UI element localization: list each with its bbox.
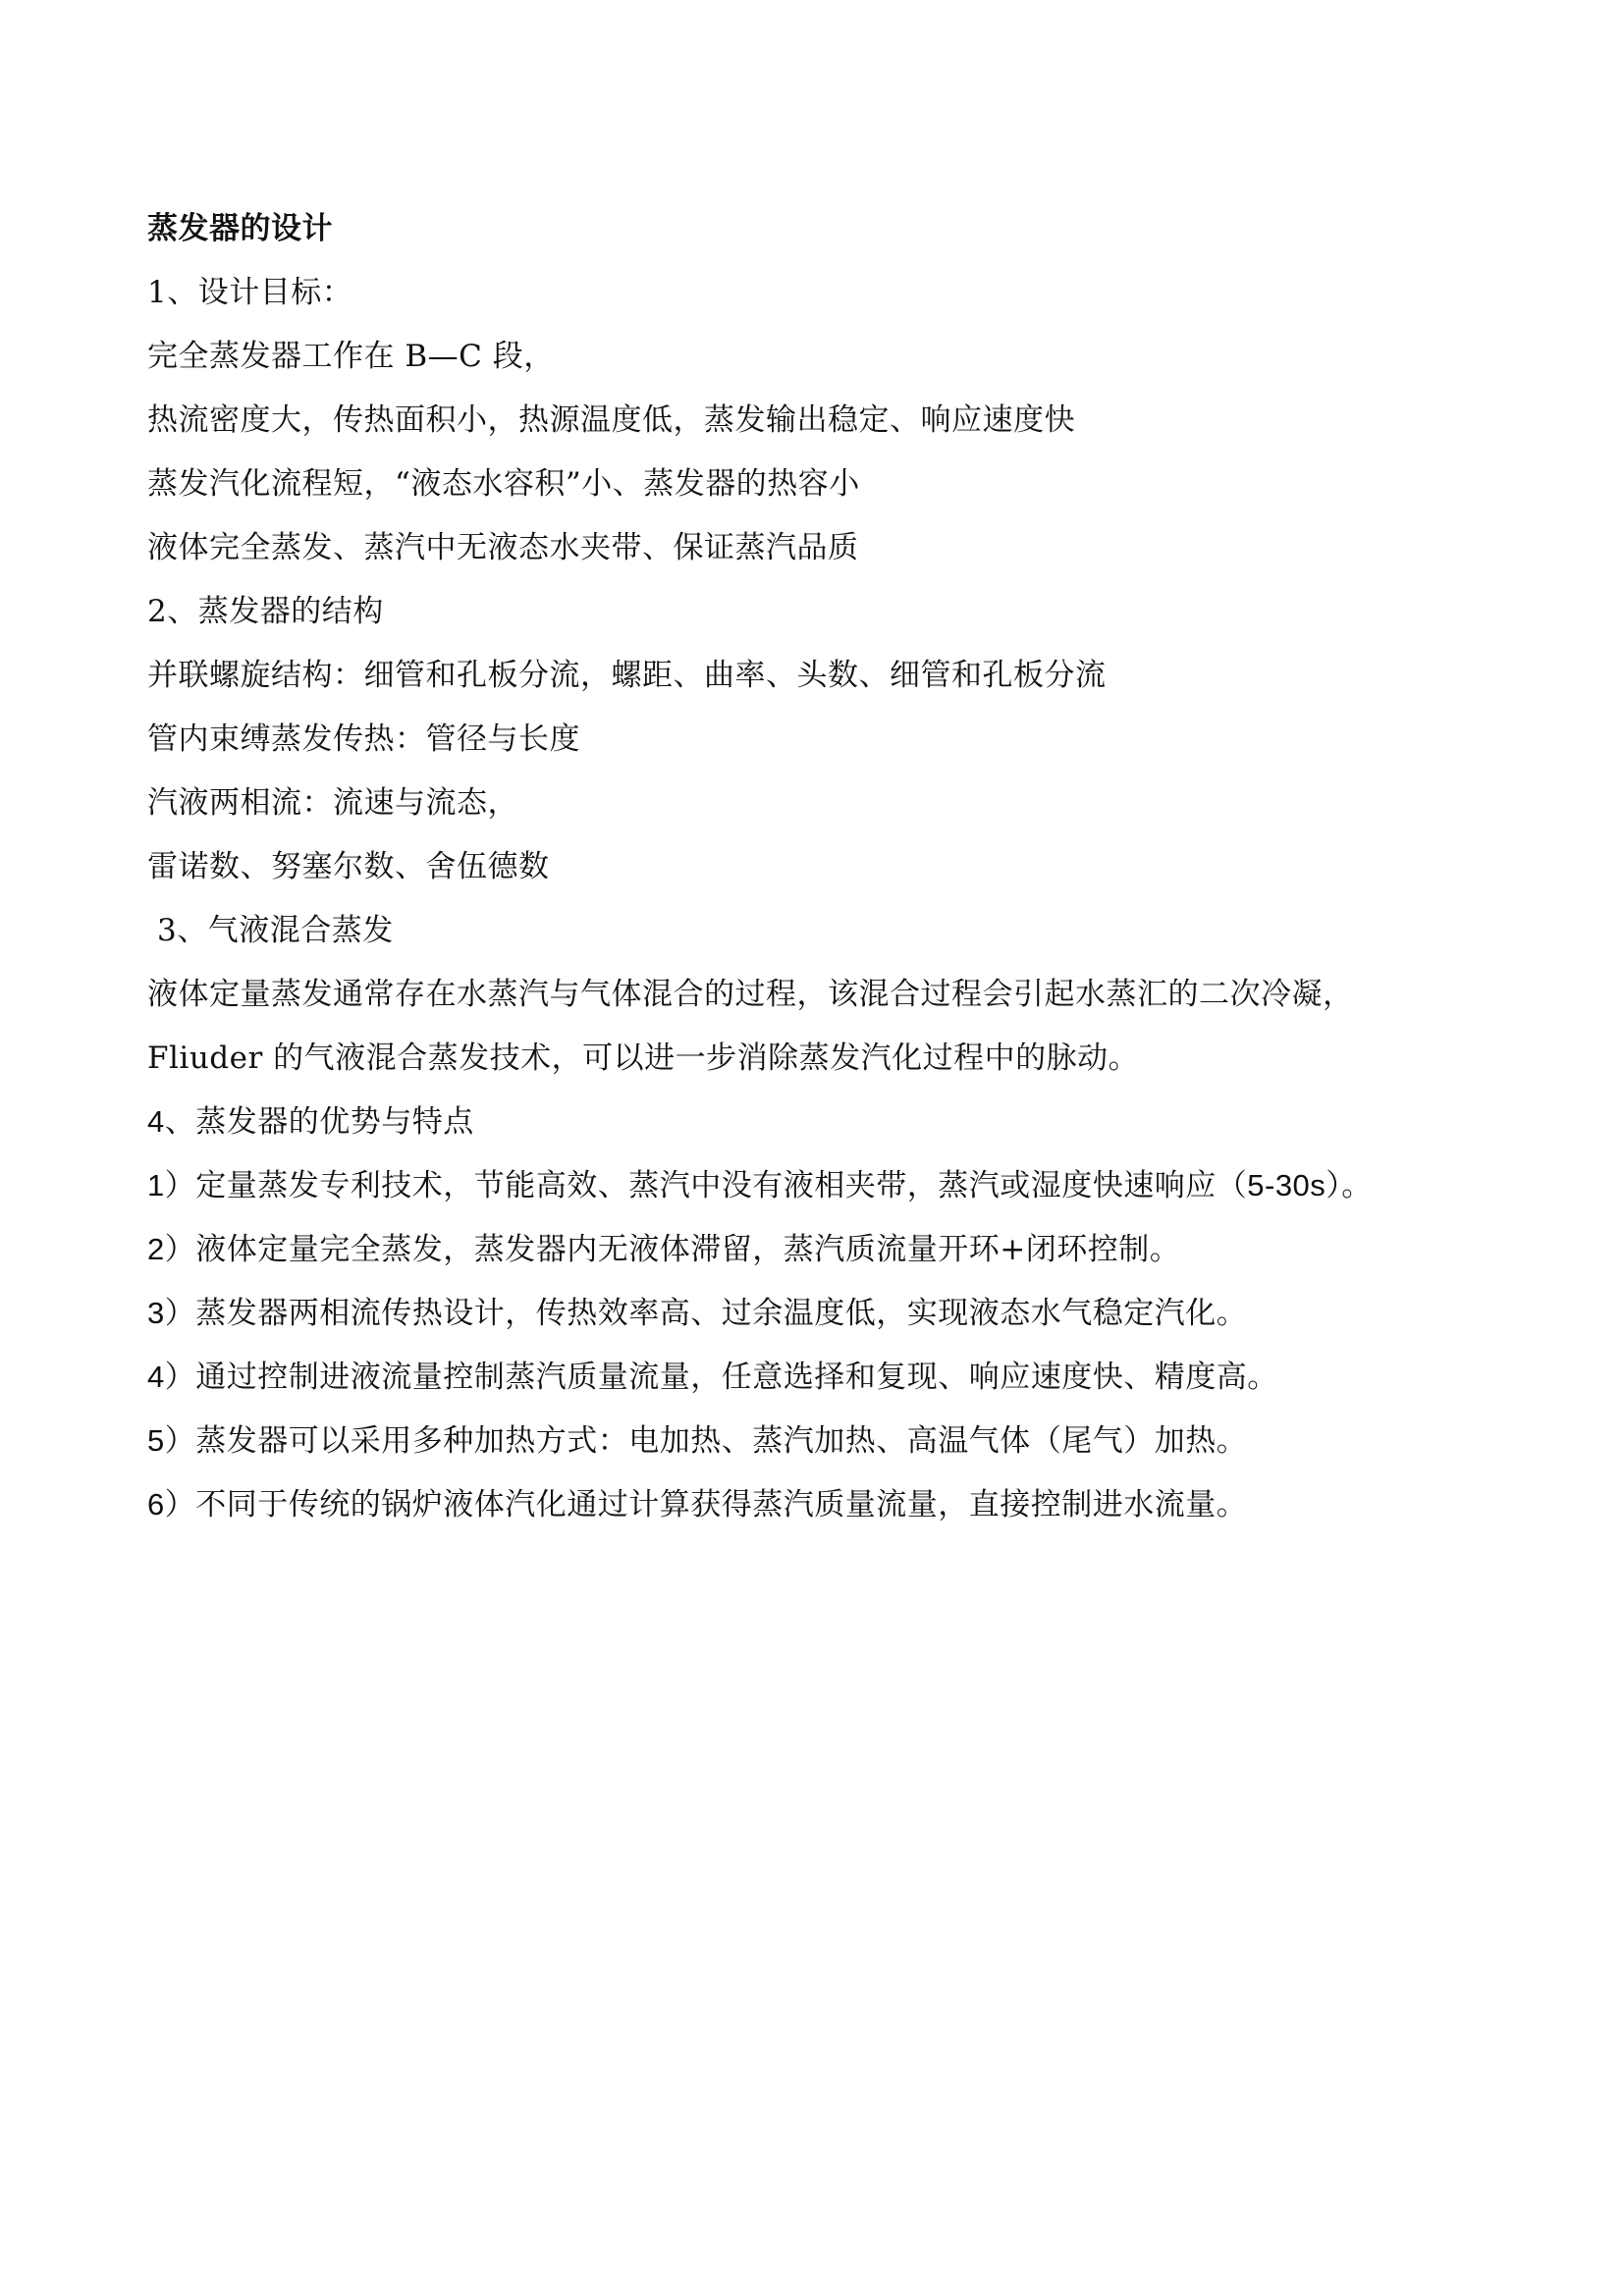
paragraph-line: 蒸发汽化流程短，“液态水容积”小、蒸发器的热容小 — [147, 461, 1502, 525]
list-item: 4）通过控制进液流量控制蒸汽质量流量，任意选择和复现、响应速度快、精度高。 — [147, 1355, 1502, 1418]
section-heading-structure: 2、蒸发器的结构 — [147, 589, 1502, 653]
list-item: 3）蒸发器两相流传热设计，传热效率高、过余温度低，实现液态水气稳定汽化。 — [147, 1291, 1502, 1355]
list-item-text: ）蒸发器两相流传热设计，传热效率高、过余温度低，实现液态水气稳定汽化。 — [165, 1296, 1248, 1331]
list-item-number: 2 — [147, 1232, 165, 1266]
list-item-text: ）通过控制进液流量控制蒸汽质量流量，任意选择和复现、响应速度快、精度高。 — [165, 1360, 1278, 1395]
paragraph-line: 完全蒸发器工作在 B—C 段， — [147, 334, 1502, 398]
paragraph-line: Fliuder 的气液混合蒸发技术，可以进一步消除蒸发汽化过程中的脉动。 — [147, 1036, 1502, 1099]
paragraph-line: 管内束缚蒸发传热：管径与长度 — [147, 717, 1502, 780]
paragraph-line: 并联螺旋结构：细管和孔板分流，螺距、曲率、头数、细管和孔板分流 — [147, 653, 1502, 717]
paragraph-line: 雷诺数、努塞尔数、舍伍德数 — [147, 844, 1502, 908]
paragraph-line: 汽液两相流：流速与流态， — [147, 780, 1502, 844]
list-item-number: 4 — [147, 1360, 165, 1394]
list-item: 2）液体定量完全蒸发，蒸发器内无液体滞留，蒸汽质流量开环+闭环控制。 — [147, 1227, 1502, 1291]
list-item: 6）不同于传统的锅炉液体汽化通过计算获得蒸汽质量流量，直接控制进水流量。 — [147, 1482, 1502, 1546]
list-item-number: 1 — [147, 1168, 165, 1202]
list-item-number: 3 — [147, 1296, 165, 1330]
section-heading-gas-liquid-mixing: 3、气液混合蒸发 — [147, 908, 1502, 972]
section-heading-advantages: 4、蒸发器的优势与特点 — [147, 1099, 1502, 1163]
list-item-text: ）不同于传统的锅炉液体汽化通过计算获得蒸汽质量流量，直接控制进水流量。 — [165, 1487, 1248, 1522]
paragraph-line: 液体定量蒸发通常存在水蒸汽与气体混合的过程，该混合过程会引起水蒸汇的二次冷凝， — [147, 972, 1502, 1036]
section-number: 4 — [147, 1104, 165, 1139]
paragraph-line: 热流密度大，传热面积小，热源温度低，蒸发输出稳定、响应速度快 — [147, 398, 1502, 461]
list-item-number: 6 — [147, 1487, 165, 1522]
document-page: 蒸发器的设计 1、设计目标： 完全蒸发器工作在 B—C 段， 热流密度大，传热面… — [147, 206, 1502, 1546]
section-heading-text: 、蒸发器的优势与特点 — [165, 1104, 474, 1140]
document-title: 蒸发器的设计 — [147, 206, 1502, 270]
list-item-text: ）蒸发器可以采用多种加热方式：电加热、蒸汽加热、高温气体（尾气）加热。 — [165, 1423, 1248, 1459]
paragraph-line: 液体完全蒸发、蒸汽中无液态水夹带、保证蒸汽品质 — [147, 525, 1502, 589]
list-item-tail: ）。 — [1326, 1168, 1373, 1203]
section-heading-design-goals: 1、设计目标： — [147, 270, 1502, 334]
list-item-extra: 5-30s — [1247, 1168, 1326, 1202]
list-item-text: ）定量蒸发专利技术，节能高效、蒸汽中没有液相夹带，蒸汽或湿度快速响应（ — [165, 1168, 1248, 1203]
list-item-number: 5 — [147, 1423, 165, 1458]
list-item-text: ）液体定量完全蒸发，蒸发器内无液体滞留，蒸汽质流量开环+闭环控制。 — [165, 1232, 1180, 1267]
list-item: 1）定量蒸发专利技术，节能高效、蒸汽中没有液相夹带，蒸汽或湿度快速响应（5-30… — [147, 1163, 1502, 1227]
list-item: 5）蒸发器可以采用多种加热方式：电加热、蒸汽加热、高温气体（尾气）加热。 — [147, 1418, 1502, 1482]
